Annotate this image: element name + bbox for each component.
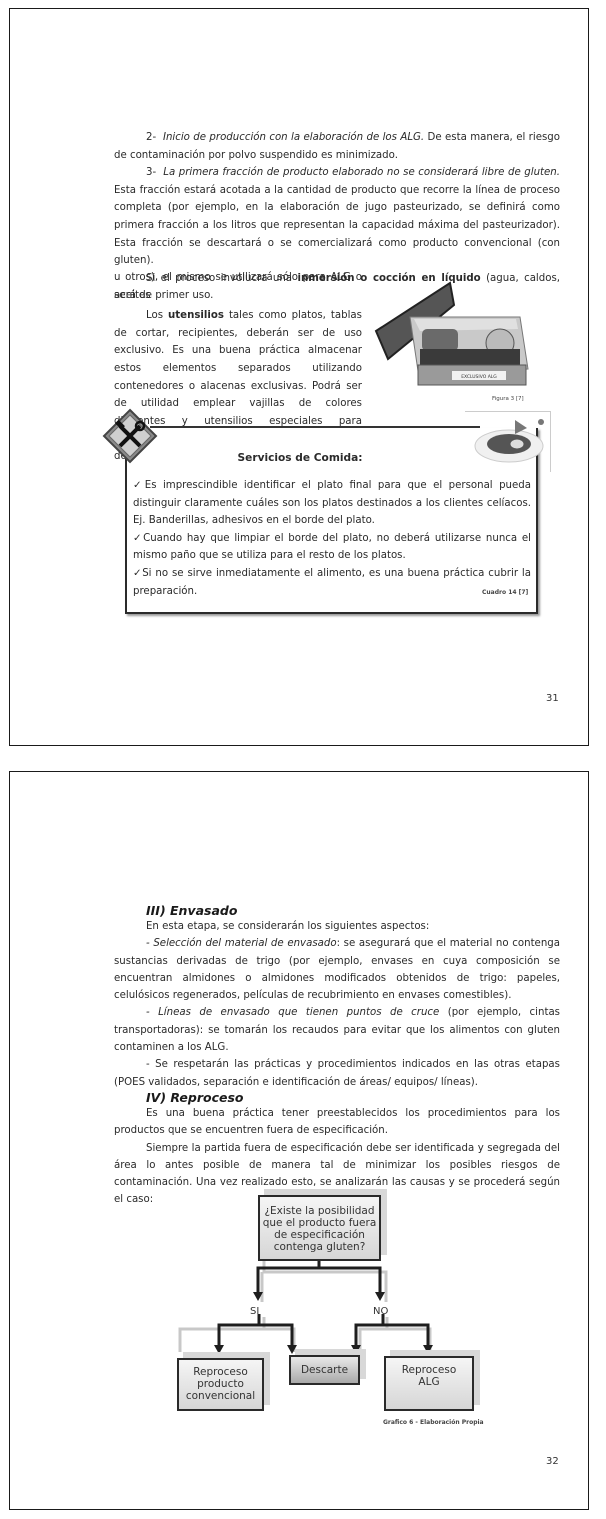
svg-text:EXCLUSIVO ALG: EXCLUSIVO ALG bbox=[461, 374, 497, 380]
callout-caption: Cuadro 14 [7] bbox=[482, 589, 528, 596]
flowchart-yes-label: SI bbox=[250, 1306, 259, 1317]
callout-item: ✓Es imprescindible identificar el plato … bbox=[133, 477, 531, 530]
flowchart-descarte: Descarte bbox=[289, 1355, 360, 1385]
flowchart-reproceso-convencional: Reproceso producto convencional bbox=[177, 1358, 264, 1411]
callout-title: Servicios de Comida: bbox=[10, 452, 590, 464]
page-32: III) Envasado En esta etapa, se consider… bbox=[9, 771, 589, 1510]
utensils-box-figure: EXCLUSIVO ALG bbox=[370, 279, 550, 389]
callout-item: ✓Cuando hay que limpiar el borde del pla… bbox=[133, 530, 531, 565]
page-number: 31 bbox=[546, 693, 559, 704]
flowchart-caption: Grafico 6 - Elaboración Propia bbox=[383, 1419, 484, 1426]
figure-caption: Figura 3 [7] bbox=[492, 396, 524, 402]
flowchart-no-label: NO bbox=[373, 1306, 388, 1317]
flowchart-reproceso-alg: Reproceso ALG bbox=[384, 1356, 474, 1411]
callout-list: ✓Es imprescindible identificar el plato … bbox=[133, 477, 531, 600]
flowchart-question: ¿Existe la posibilidad que el producto f… bbox=[258, 1195, 381, 1261]
flowchart-connectors bbox=[10, 772, 590, 1511]
page-31: 2- Inicio de producción con la elaboraci… bbox=[9, 8, 589, 746]
page-number: 32 bbox=[546, 1456, 559, 1467]
callout-item: ✓Si no se sirve inmediatamente el alimen… bbox=[133, 565, 531, 600]
